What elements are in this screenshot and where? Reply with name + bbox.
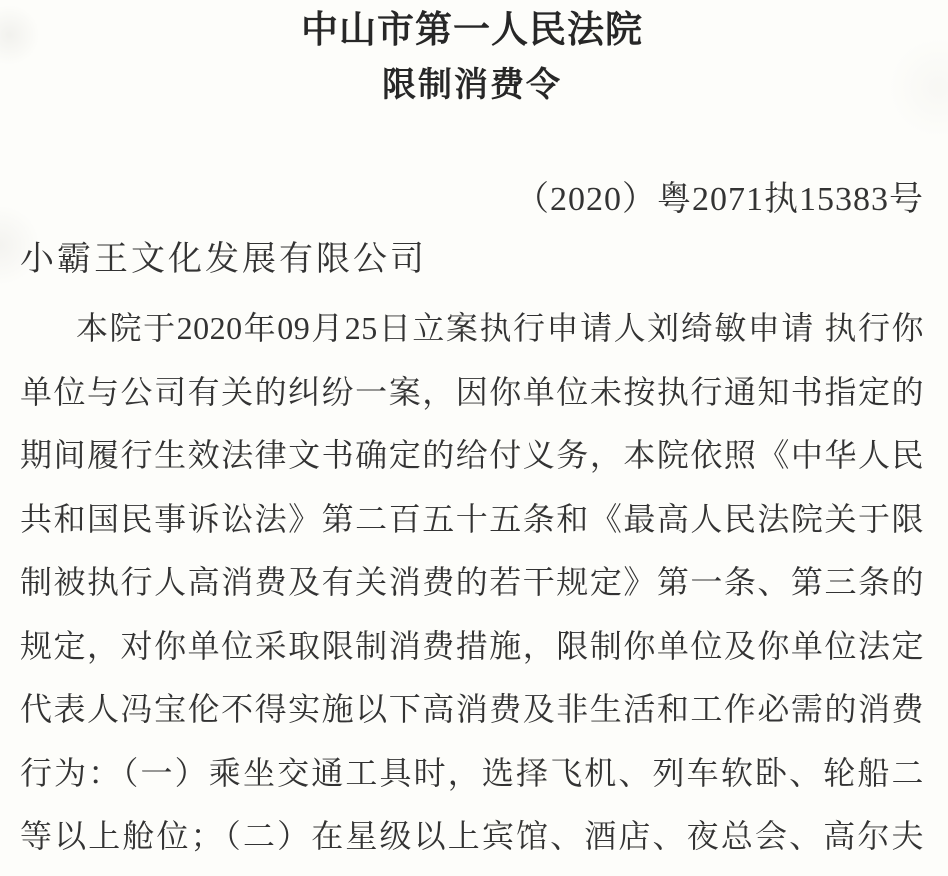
addressee-company-name: 小霸王文化发展有限公司 — [20, 240, 924, 280]
body-line-2: 单位与公司有关的纠纷一案，因你单位未按执行通知书指定的 — [20, 361, 924, 425]
body-line-4: 共和国民事诉讼法》第二百五十五条和《最高人民法院关于限 — [20, 488, 924, 552]
body-line-9: 等以上舱位；（二）在星级以上宾馆、酒店、夜总会、高尔夫 — [20, 805, 924, 869]
order-body-paragraph: 本院于2020年09月25日立案执行申请人刘绮敏申请 执行你 单位与公司有关的纠… — [20, 297, 924, 869]
body-line-6: 规定，对你单位采取限制消费措施，限制你单位及你单位法定 — [20, 615, 924, 679]
body-line-8: 行为：（一）乘坐交通工具时，选择飞机、列车软卧、轮船二 — [20, 742, 924, 806]
case-number: （2020）粤2071执15383号 — [20, 180, 924, 220]
body-line-3: 期间履行生效法律文书确定的给付义务，本院依照《中华人民 — [20, 424, 924, 488]
body-line-7: 代表人冯宝伦不得实施以下高消费及非生活和工作必需的消费 — [20, 678, 924, 742]
court-name-heading: 中山市第一人民法院 — [20, 8, 924, 54]
order-title-heading: 限制消费令 — [20, 66, 924, 106]
body-line-5: 制被执行人高消费及有关消费的若干规定》第一条、第三条的 — [20, 551, 924, 615]
body-line-1: 本院于2020年09月25日立案执行申请人刘绮敏申请 执行你 — [20, 297, 924, 361]
court-order-document: 中山市第一人民法院 限制消费令 （2020）粤2071执15383号 小霸王文化… — [0, 0, 948, 876]
